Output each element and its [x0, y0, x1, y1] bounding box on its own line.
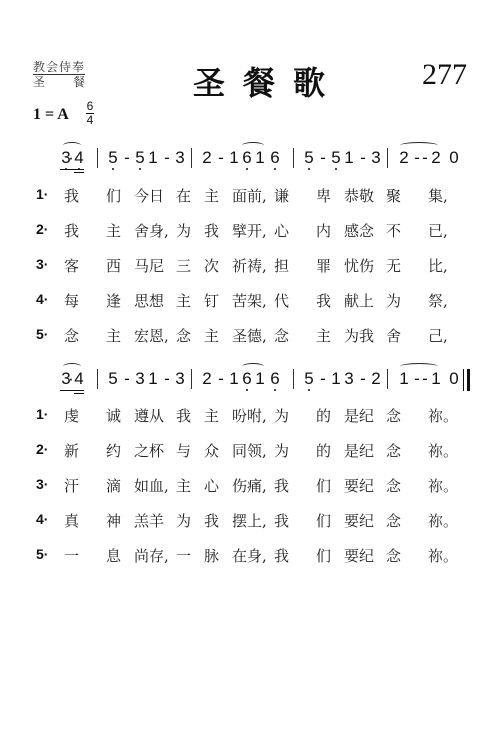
lyric-syllable: 的 — [316, 405, 331, 426]
lyric-syllable: 我 — [64, 185, 79, 206]
lyric-syllable: 祢。 — [428, 475, 458, 496]
beam-underline — [74, 393, 84, 394]
lyric-syllable: 是纪 — [344, 405, 374, 426]
lyric-syllable: 祭, — [428, 290, 448, 311]
lyric-syllable: 祢。 — [428, 440, 458, 461]
verse-number: 5· — [36, 546, 48, 562]
lyric-syllable: 己, — [428, 325, 448, 346]
lyric-syllable: 祈祷, — [232, 255, 267, 276]
lyric-syllable: 遵从 — [134, 405, 164, 426]
beam-underline — [74, 172, 84, 173]
lyric-syllable: 念 — [274, 325, 289, 346]
lyric-verse-4: 4·真神羔羊为我摆上,我们要纪念祢。 — [36, 510, 476, 530]
lyric-syllable: 为 — [176, 220, 191, 241]
lyric-syllable: 钉 — [204, 290, 219, 311]
beam-underline — [60, 390, 84, 391]
lyric-syllable: 谦 — [274, 185, 289, 206]
lyric-syllable: 宏恩, — [134, 325, 169, 346]
meter-top: 6 — [86, 100, 94, 112]
lyric-syllable: 主 — [204, 405, 219, 426]
lyric-syllable: 念 — [386, 510, 401, 531]
barline — [97, 369, 98, 389]
lyric-syllable: 要纪 — [344, 545, 374, 566]
lyric-syllable: 虔 — [64, 405, 79, 426]
beam-underline — [60, 169, 84, 170]
lyric-syllable: 祢。 — [428, 545, 458, 566]
lyric-syllable: 们 — [106, 185, 121, 206]
verse-number: 5· — [36, 326, 48, 342]
lyric-syllable: 在 — [176, 185, 191, 206]
category-line2-b: 餐 — [73, 75, 85, 89]
lyric-syllable: 已, — [428, 220, 448, 241]
lyric-syllable: 不 — [386, 220, 401, 241]
lyric-verse-2: 2·我主舍身,为我擘开,心内感念不已, — [36, 220, 476, 240]
lyric-syllable: 我 — [274, 475, 289, 496]
lyric-syllable: 马尼 — [134, 255, 164, 276]
barline — [191, 148, 192, 168]
lyric-syllable: 祢。 — [428, 510, 458, 531]
lyric-syllable: 卑 — [316, 185, 331, 206]
barline — [97, 148, 98, 168]
lyric-syllable: 如血, — [134, 475, 169, 496]
lyric-syllable: 心 — [204, 475, 219, 496]
final-barline-thin — [463, 369, 464, 391]
lyric-syllable: 新 — [64, 440, 79, 461]
lyric-syllable: 与 — [176, 440, 191, 461]
lyric-syllable: 为 — [274, 405, 289, 426]
lyric-syllable: 我 — [274, 545, 289, 566]
verse-number: 3· — [36, 476, 48, 492]
category-line2: 圣 餐 — [33, 75, 85, 89]
lyric-syllable: 一 — [176, 545, 191, 566]
verse-number: 2· — [36, 221, 48, 237]
lyric-syllable: 主 — [204, 185, 219, 206]
lyric-syllable: 擘开, — [232, 220, 267, 241]
lyric-syllable: 念 — [64, 325, 79, 346]
lyric-syllable: 为 — [386, 290, 401, 311]
lyric-syllable: 神 — [106, 510, 121, 531]
lyric-verse-3: 3·汗滴如血,主心伤痛,我们要纪念祢。 — [36, 475, 476, 495]
lyric-verse-5: 5·念主宏恩,念主圣德,念主为我舍己, — [36, 325, 476, 345]
lyric-verse-1: 1·我们今日在主面前,谦卑恭敬聚集, — [36, 185, 476, 205]
lyric-syllable: 要纪 — [344, 475, 374, 496]
verse-number: 1· — [36, 186, 48, 202]
lyric-syllable: 今日 — [134, 185, 164, 206]
lyric-syllable: 羔羊 — [134, 510, 164, 531]
lyric-syllable: 尚存, — [134, 545, 169, 566]
lyric-syllable: 之杯 — [134, 440, 164, 461]
lyric-syllable: 众 — [204, 440, 219, 461]
lyric-syllable: 逢 — [106, 290, 121, 311]
lyric-syllable: 三 — [176, 255, 191, 276]
verse-number: 1· — [36, 406, 48, 422]
lyric-syllable: 思想 — [134, 290, 164, 311]
lyric-syllable: 主 — [176, 475, 191, 496]
lyric-syllable: 息 — [106, 545, 121, 566]
notation-line-1: 3 · 4 5 - 5 1 - 3 2 - 1 6 1 6 5 - 5 1 - … — [0, 148, 500, 174]
lyric-syllable: 舍 — [386, 325, 401, 346]
lyric-syllable: 我 — [176, 405, 191, 426]
lyric-syllable: 集, — [428, 185, 448, 206]
lyric-verse-4: 4·每逢思想主钉苦架,代我献上为祭, — [36, 290, 476, 310]
lyric-syllable: 面前, — [232, 185, 267, 206]
lyric-syllable: 要纪 — [344, 510, 374, 531]
lyric-syllable: 念 — [386, 440, 401, 461]
lyric-syllable: 感念 — [344, 220, 374, 241]
final-barline-thick — [467, 369, 470, 391]
lyric-syllable: 我 — [204, 510, 219, 531]
lyric-syllable: 主 — [106, 220, 121, 241]
lyric-verse-1: 1·虔诚遵从我主吩咐,为的是纪念祢。 — [36, 405, 476, 425]
lyric-syllable: 们 — [316, 475, 331, 496]
lyric-syllable: 伤痛, — [232, 475, 267, 496]
lyric-syllable: 比, — [428, 255, 448, 276]
lyric-syllable: 献上 — [344, 290, 374, 311]
lyric-syllable: 内 — [316, 220, 331, 241]
verse-number: 2· — [36, 441, 48, 457]
lyric-syllable: 汗 — [64, 475, 79, 496]
lyric-verse-3: 3·客西马尼三次祈祷,担罪忧伤无比, — [36, 255, 476, 275]
lyric-syllable: 舍身, — [134, 220, 169, 241]
lyric-syllable: 同领, — [232, 440, 267, 461]
lyric-syllable: 无 — [386, 255, 401, 276]
meter-bottom: 4 — [86, 114, 94, 126]
lyric-syllable: 担 — [274, 255, 289, 276]
hymn-title: 圣餐歌 — [193, 58, 343, 104]
category-line1: 教会侍奉 — [33, 60, 85, 75]
lyric-syllable: 滴 — [106, 475, 121, 496]
lyric-syllable: 诚 — [106, 405, 121, 426]
barline — [191, 369, 192, 389]
lyric-syllable: 为我 — [344, 325, 374, 346]
lyric-syllable: 祢。 — [428, 405, 458, 426]
lyric-syllable: 摆上, — [232, 510, 267, 531]
lyric-syllable: 吩咐, — [232, 405, 267, 426]
lyric-syllable: 聚 — [386, 185, 401, 206]
lyric-verse-2: 2·新约之杯与众同领,为的是纪念祢。 — [36, 440, 476, 460]
lyric-syllable: 主 — [106, 325, 121, 346]
lyric-syllable: 我 — [274, 510, 289, 531]
hymn-number: 277 — [422, 58, 467, 92]
lyric-syllable: 的 — [316, 440, 331, 461]
lyric-syllable: 脉 — [204, 545, 219, 566]
barline — [387, 369, 388, 389]
key-signature: 1 = A — [33, 106, 69, 124]
lyric-syllable: 主 — [316, 325, 331, 346]
lyric-syllable: 西 — [106, 255, 121, 276]
lyric-syllable: 我 — [204, 220, 219, 241]
verse-number: 4· — [36, 511, 48, 527]
lyric-syllable: 为 — [274, 440, 289, 461]
lyric-syllable: 罪 — [316, 255, 331, 276]
lyric-syllable: 念 — [386, 545, 401, 566]
lyric-syllable: 我 — [316, 290, 331, 311]
lyric-syllable: 我 — [64, 220, 79, 241]
notation-line-2: 3 · 4 5 - 3 1 - 3 2 - 1 6 1 6 5 - 1 3 - … — [0, 369, 500, 395]
barline — [387, 148, 388, 168]
lyric-syllable: 次 — [204, 255, 219, 276]
hymn-category: 教会侍奉 圣 餐 — [33, 60, 85, 89]
lyric-verse-5: 5·一息尚存,一脉在身,我们要纪念祢。 — [36, 545, 476, 565]
category-line2-a: 圣 — [33, 75, 45, 89]
lyric-syllable: 念 — [386, 405, 401, 426]
lyric-syllable: 念 — [176, 325, 191, 346]
barline — [293, 369, 294, 389]
lyric-syllable: 一 — [64, 545, 79, 566]
lyric-syllable: 们 — [316, 510, 331, 531]
lyric-syllable: 心 — [274, 220, 289, 241]
lyric-syllable: 念 — [386, 475, 401, 496]
lyric-syllable: 主 — [204, 325, 219, 346]
lyric-syllable: 客 — [64, 255, 79, 276]
lyric-syllable: 约 — [106, 440, 121, 461]
lyric-syllable: 忧伤 — [344, 255, 374, 276]
verse-number: 3· — [36, 256, 48, 272]
lyric-syllable: 代 — [274, 290, 289, 311]
lyric-syllable: 每 — [64, 290, 79, 311]
lyric-syllable: 圣德, — [232, 325, 267, 346]
verse-number: 4· — [36, 291, 48, 307]
barline — [293, 148, 294, 168]
lyric-syllable: 为 — [176, 510, 191, 531]
lyric-syllable: 在身, — [232, 545, 267, 566]
lyric-syllable: 恭敬 — [344, 185, 374, 206]
lyric-syllable: 苦架, — [232, 290, 267, 311]
lyric-syllable: 们 — [316, 545, 331, 566]
lyric-syllable: 真 — [64, 510, 79, 531]
lyric-syllable: 是纪 — [344, 440, 374, 461]
time-signature: 6 4 — [86, 100, 94, 126]
lyric-syllable: 主 — [176, 290, 191, 311]
